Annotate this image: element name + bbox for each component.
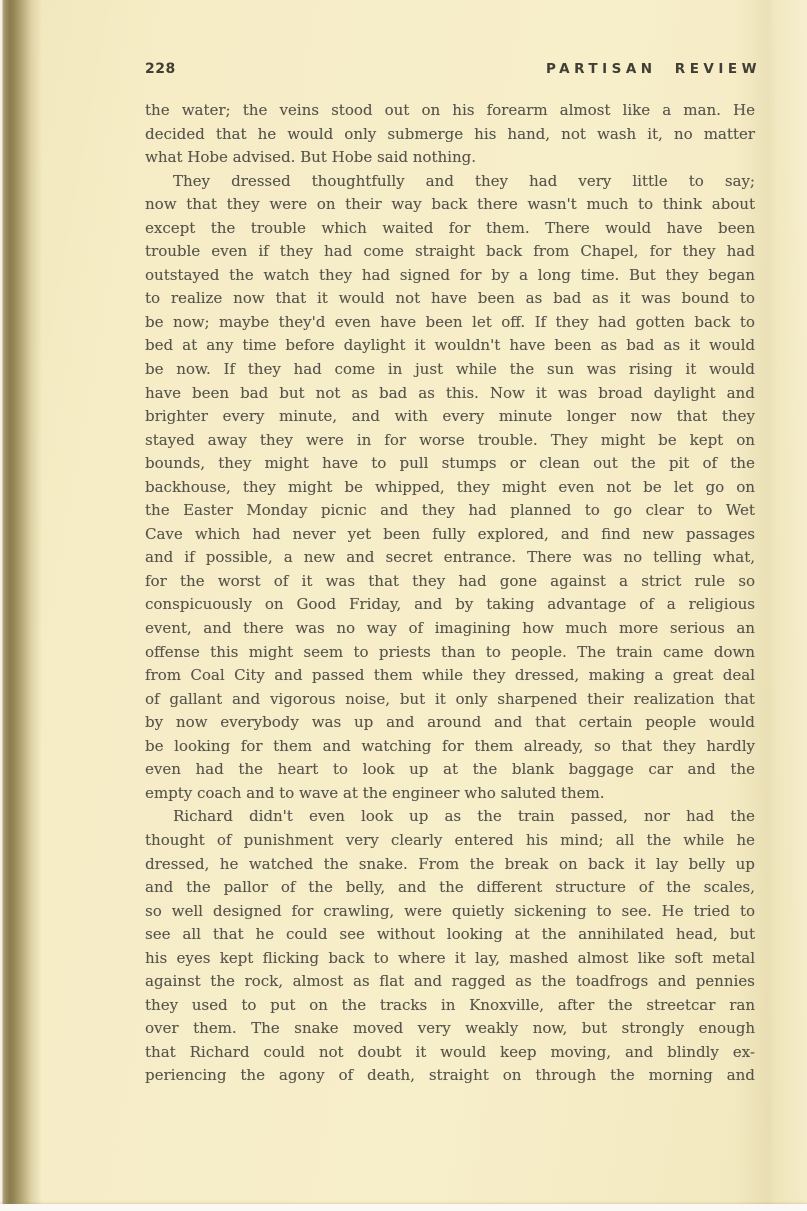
text-line: conspicuouslyonGoodFriday,andbytakingadv… bbox=[145, 595, 755, 619]
text-line: torealizenowthatitwouldnothavebeenasbada… bbox=[145, 289, 755, 313]
text-line: theEasterMondaypicnicandtheyhadplannedto… bbox=[145, 501, 755, 525]
text-line: periencingtheagonyofdeath,straightonthro… bbox=[145, 1066, 755, 1090]
text-line: fromCoalCityandpassedthemwhiletheydresse… bbox=[145, 666, 755, 690]
text-line: nowthattheywereontheirwaybacktherewasn't… bbox=[145, 195, 755, 219]
text-line: outstayedthewatchtheyhadsignedforbyalong… bbox=[145, 266, 755, 290]
text-line: exceptthetroublewhichwaitedforthem.There… bbox=[145, 219, 755, 243]
page-number: 228 bbox=[145, 61, 176, 77]
text-line: overthem.Thesnakemovedveryweaklynow,buts… bbox=[145, 1019, 755, 1043]
book-binding-edge bbox=[0, 0, 44, 1211]
text-line: evenhadthehearttolookupattheblankbaggage… bbox=[145, 760, 755, 784]
text-line: event,andtherewasnowayofimagininghowmuch… bbox=[145, 619, 755, 643]
text-line: offensethismightseemtoprieststhantopeopl… bbox=[145, 643, 755, 667]
running-head: 228 PARTISAN REVIEW bbox=[145, 61, 761, 77]
text-line: benow.Iftheyhadcomeinjustwhilethesunwasr… bbox=[145, 360, 755, 384]
text-line: havebeenbadbutnotasbadasthis.Nowitwasbro… bbox=[145, 384, 755, 408]
text-line: seeallthathecouldseewithoutlookingatthea… bbox=[145, 925, 755, 949]
text-line: decidedthathewouldonlysubmergehishand,no… bbox=[145, 125, 755, 149]
text-line: bedatanytimebeforedaylightitwouldn'thave… bbox=[145, 336, 755, 360]
text-line: Richarddidn'tevenlookupasthetrainpassed,… bbox=[173, 807, 755, 831]
text-line: benow;maybethey'devenhavebeenletoff.Ifth… bbox=[145, 313, 755, 337]
text-line: what Hobe advised. But Hobe said nothing… bbox=[145, 148, 755, 172]
text-line: hiseyeskeptflickingbacktowhereitlay,mash… bbox=[145, 949, 755, 973]
text-line: thewater;theveinsstoodoutonhisforearmalm… bbox=[145, 101, 755, 125]
journal-title: PARTISAN REVIEW bbox=[546, 61, 761, 77]
text-line: andifpossible,anewandsecretentrance.Ther… bbox=[145, 548, 755, 572]
text-line: bounds,theymighthavetopullstumpsorcleano… bbox=[145, 454, 755, 478]
text-line: dressed,hewatchedthesnake.Fromthebreakon… bbox=[145, 855, 755, 879]
text-line: theyusedtoputonthetracksinKnoxville,afte… bbox=[145, 996, 755, 1020]
text-line: bynoweverybodywasupandaroundandthatcerta… bbox=[145, 713, 755, 737]
text-line: brightereveryminute,andwitheveryminutelo… bbox=[145, 407, 755, 431]
text-line: empty coach and to wave at the engineer … bbox=[145, 784, 755, 808]
text-line: Cavewhichhadneveryetbeenfullyexplored,an… bbox=[145, 525, 755, 549]
text-line: backhouse,theymightbewhipped,theymightev… bbox=[145, 478, 755, 502]
page-body-text: thewater;theveinsstoodoutonhisforearmalm… bbox=[145, 101, 755, 1090]
text-line: belookingforthemandwatchingforthemalread… bbox=[145, 737, 755, 761]
text-line: fortheworstofitwasthattheyhadgoneagainst… bbox=[145, 572, 755, 596]
text-line: thatRichardcouldnotdoubtitwouldkeepmovin… bbox=[145, 1043, 755, 1067]
text-line: sowelldesignedforcrawling,werequietlysic… bbox=[145, 902, 755, 926]
scanned-page: 228 PARTISAN REVIEW thewater;theveinssto… bbox=[0, 0, 807, 1211]
text-line: troubleeveniftheyhadcomestraightbackfrom… bbox=[145, 242, 755, 266]
text-line: andthepallorofthebelly,andthedifferentst… bbox=[145, 878, 755, 902]
text-line: stayedawaytheywereinforworsetrouble.They… bbox=[145, 431, 755, 455]
text-line: Theydressedthoughtfullyandtheyhadverylit… bbox=[173, 172, 755, 196]
scan-bottom-edge bbox=[0, 1204, 807, 1211]
text-line: thoughtofpunishmentveryclearlyenteredhis… bbox=[145, 831, 755, 855]
text-line: ofgallantandvigorousnoise,butitonlysharp… bbox=[145, 690, 755, 714]
text-line: againsttherock,almostasflatandraggedasth… bbox=[145, 972, 755, 996]
